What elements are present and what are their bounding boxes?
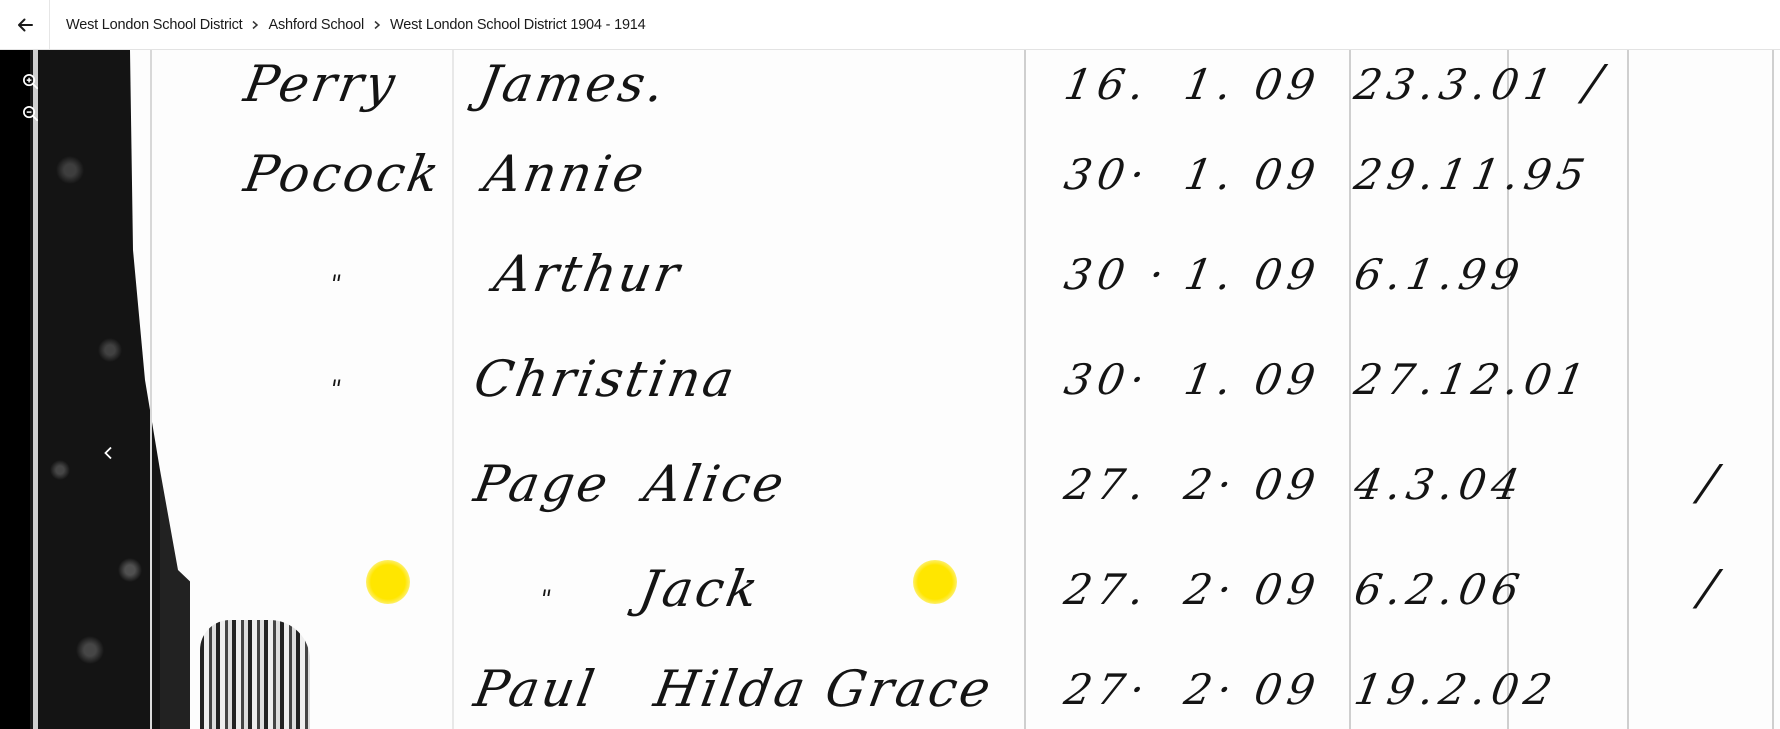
chevron-right-icon — [372, 20, 382, 30]
top-bar: West London School District Ashford Scho… — [0, 0, 1780, 50]
admission-day-text: 27. — [1061, 565, 1154, 614]
admission-year-text: 09 — [1251, 150, 1325, 199]
birth-date-text: 27.12.01 — [1351, 355, 1595, 404]
ruling-line — [1349, 50, 1351, 729]
breadcrumb-current-record: West London School District 1904 - 1914 — [390, 17, 646, 33]
ruling-line — [452, 50, 454, 729]
admission-month-text: 2· — [1181, 460, 1242, 509]
ruling-line — [1772, 50, 1774, 729]
admission-month-text: 1. — [1181, 355, 1242, 404]
breadcrumb-district[interactable]: West London School District — [66, 17, 242, 33]
surname-text: Perry — [240, 55, 402, 113]
annotation-marker[interactable] — [913, 560, 957, 604]
zoom-out-icon — [22, 105, 39, 122]
zoom-out-button[interactable] — [18, 101, 42, 125]
admission-year-text: 09 — [1251, 460, 1325, 509]
back-button[interactable] — [0, 0, 50, 49]
birth-date-text: 29.11.95 — [1351, 150, 1595, 199]
ditto-mark: " — [538, 585, 557, 613]
surname-text: Pocock — [240, 145, 446, 203]
binding-stripes — [200, 620, 310, 729]
forename-text: Christina — [470, 350, 741, 408]
forename-text: James. — [475, 55, 672, 113]
admission-month-text: 2· — [1181, 665, 1242, 714]
ruling-line — [1627, 50, 1629, 729]
chevron-left-icon — [103, 446, 113, 460]
admission-day-text: 30 · — [1061, 250, 1174, 299]
admission-day-text: 27· — [1061, 665, 1154, 714]
attendance-tick: / — [1695, 455, 1724, 511]
birth-date-text: 6.2.06 — [1351, 565, 1529, 614]
arrow-left-icon — [15, 15, 35, 35]
birth-date-text: 6.1.99 — [1351, 250, 1529, 299]
admission-year-text: 09 — [1251, 250, 1325, 299]
forename-text: Alice — [640, 455, 791, 513]
ditto-mark: " — [328, 375, 347, 403]
breadcrumb: West London School District Ashford Scho… — [50, 17, 646, 33]
previous-page-button[interactable] — [96, 440, 120, 466]
ditto-mark: " — [328, 270, 347, 298]
admission-year-text: 09 — [1251, 665, 1325, 714]
admission-month-text: 1. — [1181, 250, 1242, 299]
birth-date-text: 19.2.02 — [1351, 665, 1562, 714]
surname-text: Page — [470, 455, 615, 513]
admission-day-text: 30· — [1061, 150, 1154, 199]
document-image-viewer[interactable]: PerryJames.16.1.0923.3.01/PocockAnnie30·… — [0, 50, 1780, 729]
annotation-marker[interactable] — [366, 560, 410, 604]
admission-year-text: 09 — [1251, 60, 1325, 109]
ruling-line — [1024, 50, 1026, 729]
birth-date-text: 4.3.04 — [1351, 460, 1529, 509]
admission-day-text: 16. — [1061, 60, 1154, 109]
breadcrumb-school[interactable]: Ashford School — [268, 17, 364, 33]
zoom-in-button[interactable] — [18, 69, 42, 93]
forename-text: Jack — [635, 560, 765, 618]
admission-month-text: 1. — [1181, 60, 1242, 109]
admission-day-text: 30· — [1061, 355, 1154, 404]
page-edge-line — [150, 50, 152, 729]
attendance-tick: / — [1580, 55, 1609, 111]
attendance-tick: / — [1695, 560, 1724, 616]
zoom-in-icon — [22, 73, 39, 90]
book-binding-edge — [0, 50, 190, 729]
forename-text: Arthur — [490, 245, 687, 303]
surname-text: Paul — [470, 660, 602, 718]
chevron-right-icon — [250, 20, 260, 30]
admission-month-text: 2· — [1181, 565, 1242, 614]
admission-year-text: 09 — [1251, 355, 1325, 404]
admission-month-text: 1. — [1181, 150, 1242, 199]
forename-text: Annie — [480, 145, 651, 203]
admission-year-text: 09 — [1251, 565, 1325, 614]
forename-text: Hilda Grace — [650, 660, 998, 718]
birth-date-text: 23.3.01 — [1351, 60, 1562, 109]
admission-day-text: 27. — [1061, 460, 1154, 509]
